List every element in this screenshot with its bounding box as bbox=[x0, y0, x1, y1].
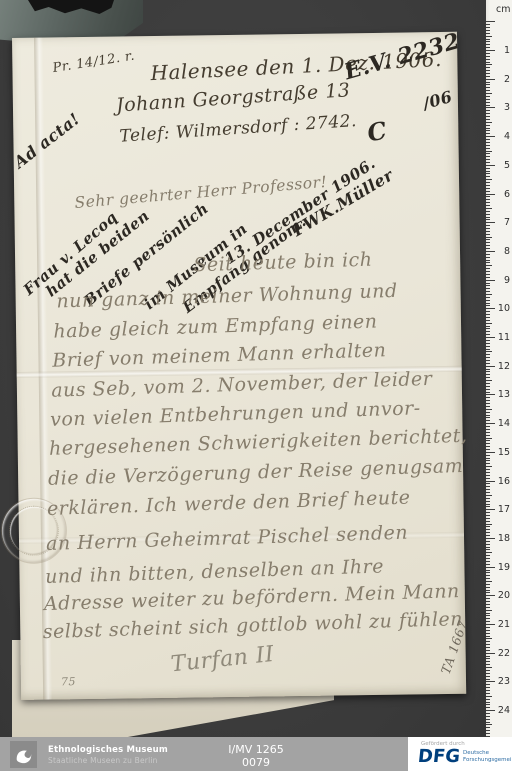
ruler-tick bbox=[486, 105, 490, 106]
ruler-tick bbox=[486, 67, 490, 68]
museum-logo-glyph bbox=[10, 741, 37, 768]
ruler-tick bbox=[486, 305, 490, 306]
body-line: hergesehenen Schwierigkeiten berichtet, bbox=[49, 425, 468, 460]
ruler-tick bbox=[486, 196, 490, 197]
ruler-tick bbox=[486, 62, 490, 63]
ruler-tick bbox=[486, 374, 490, 375]
ruler-tick bbox=[486, 449, 490, 450]
ruler-tick bbox=[486, 443, 490, 444]
ruler-tick bbox=[486, 260, 490, 261]
ruler-tick bbox=[486, 283, 490, 284]
ruler-tick bbox=[486, 716, 490, 717]
ruler-tick bbox=[486, 529, 490, 530]
ruler-tick bbox=[486, 96, 490, 97]
ruler-tick bbox=[486, 145, 490, 146]
body-line: nun ganz in meiner Wohnung und bbox=[56, 280, 398, 313]
ruler-tick bbox=[486, 699, 490, 700]
ruler-tick bbox=[486, 661, 490, 662]
ruler-tick bbox=[486, 64, 492, 65]
ruler-tick bbox=[486, 194, 495, 195]
ruler-tick bbox=[486, 44, 490, 45]
ruler-tick bbox=[486, 21, 495, 22]
body-line: die die Verzögerung der Reise genugsam bbox=[48, 455, 464, 490]
ruler-tick bbox=[486, 426, 490, 427]
ruler-tick bbox=[486, 33, 490, 34]
ruler-tick bbox=[486, 664, 490, 665]
ruler-tick bbox=[486, 607, 490, 608]
footer-bar: Ethnologisches Museum Staatliche Museen … bbox=[0, 737, 512, 771]
ruler-tick bbox=[486, 389, 490, 390]
ruler-number: 11 bbox=[496, 332, 510, 343]
ruler-tick bbox=[486, 202, 490, 203]
body-line: an Herrn Geheimrat Pischel senden bbox=[46, 522, 409, 555]
ruler-tick bbox=[486, 667, 492, 668]
ruler-tick bbox=[486, 492, 490, 493]
ruler-tick bbox=[486, 564, 490, 565]
ruler-tick bbox=[486, 653, 495, 654]
ruler-tick bbox=[486, 641, 490, 642]
sheet-number: 75 bbox=[61, 675, 76, 688]
ruler-tick bbox=[486, 343, 490, 344]
ruler-tick bbox=[486, 460, 490, 461]
ruler-number: 24 bbox=[496, 705, 510, 716]
ruler-tick bbox=[486, 630, 490, 631]
ruler-tick bbox=[486, 84, 490, 85]
ruler-tick bbox=[486, 417, 490, 418]
ruler-tick bbox=[486, 151, 492, 152]
ruler-tick bbox=[486, 231, 490, 232]
ruler-tick bbox=[486, 369, 490, 370]
ruler-tick bbox=[486, 446, 490, 447]
ruler-tick bbox=[486, 521, 490, 522]
ruler-number: 6 bbox=[496, 189, 510, 200]
body-line: aus Seb, vom 2. November, der leider bbox=[51, 368, 433, 402]
ruler-number: 1 bbox=[496, 45, 510, 56]
ruler-tick bbox=[486, 274, 490, 275]
ruler-tick bbox=[486, 696, 492, 697]
ruler-tick bbox=[486, 102, 490, 103]
ruler-tick bbox=[486, 412, 490, 413]
ruler-tick bbox=[486, 148, 490, 149]
ruler-tick bbox=[486, 452, 495, 453]
ruler-tick bbox=[486, 377, 490, 378]
ruler-tick bbox=[486, 547, 490, 548]
ruler-tick bbox=[486, 541, 490, 542]
ruler-tick bbox=[486, 82, 490, 83]
body-line: habe gleich zum Empfang einen bbox=[53, 310, 378, 342]
ruler-tick bbox=[486, 351, 492, 352]
ruler-tick bbox=[486, 349, 490, 350]
ruler-tick bbox=[486, 265, 492, 266]
ruler-unit-label: cm bbox=[496, 4, 510, 15]
ruler-tick bbox=[486, 248, 490, 249]
ruler-tick bbox=[486, 415, 490, 416]
ruler-tick bbox=[486, 475, 490, 476]
ruler-tick bbox=[486, 76, 490, 77]
ruler-tick bbox=[486, 360, 490, 361]
ruler-tick bbox=[486, 624, 495, 625]
ruler-tick bbox=[486, 710, 495, 711]
ruler-tick bbox=[486, 438, 492, 439]
ruler-tick bbox=[486, 334, 490, 335]
ruler-tick bbox=[486, 572, 490, 573]
ruler-tick bbox=[486, 211, 490, 212]
ruler-tick bbox=[486, 590, 490, 591]
ruler-tick bbox=[486, 592, 490, 593]
ruler-tick bbox=[486, 188, 490, 189]
ruler-tick bbox=[486, 90, 490, 91]
ruler-tick bbox=[486, 647, 490, 648]
ruler-tick bbox=[486, 627, 490, 628]
ruler-tick bbox=[486, 687, 490, 688]
ruler-tick bbox=[486, 217, 490, 218]
ruler-tick bbox=[486, 707, 490, 708]
ruler-tick bbox=[486, 331, 490, 332]
ruler-tick bbox=[486, 409, 492, 410]
ruler-tick bbox=[486, 133, 490, 134]
ruler-tick bbox=[486, 199, 490, 200]
museum-name: Ethnologisches Museum bbox=[48, 745, 168, 755]
museum-logo bbox=[10, 741, 37, 768]
ruler-tick bbox=[486, 277, 490, 278]
ruler-tick bbox=[486, 601, 490, 602]
ruler-tick bbox=[486, 472, 490, 473]
ruler-tick bbox=[486, 328, 490, 329]
ruler-tick bbox=[486, 107, 495, 108]
ruler-tick bbox=[486, 532, 490, 533]
ruler-tick bbox=[486, 50, 495, 51]
ruler-tick bbox=[486, 41, 490, 42]
ruler-tick bbox=[486, 722, 490, 723]
ruler-tick bbox=[486, 380, 492, 381]
ruler-tick bbox=[486, 39, 490, 40]
ruler-tick bbox=[486, 478, 490, 479]
ruler-tick bbox=[486, 93, 492, 94]
ruler-tick bbox=[486, 251, 495, 252]
ruler-tick bbox=[486, 509, 495, 510]
ruler-number: 12 bbox=[496, 361, 510, 372]
ruler-tick bbox=[486, 429, 490, 430]
ruler-tick bbox=[486, 567, 495, 568]
ruler-tick bbox=[486, 346, 490, 347]
ruler-tick bbox=[486, 371, 490, 372]
ruler-tick bbox=[486, 168, 490, 169]
ruler-tick bbox=[486, 432, 490, 433]
dfg-org-name: Deutsche Forschungsgemeinschaft bbox=[463, 750, 512, 764]
ruler-tick bbox=[486, 684, 490, 685]
ruler-tick bbox=[486, 110, 490, 111]
ruler-tick bbox=[486, 681, 495, 682]
ruler-tick bbox=[486, 581, 492, 582]
ruler-tick bbox=[486, 142, 490, 143]
ruler-tick bbox=[486, 498, 490, 499]
ruler-tick bbox=[486, 122, 492, 123]
ruler-tick bbox=[486, 73, 490, 74]
ruler-tick bbox=[486, 650, 490, 651]
ruler-tick bbox=[486, 245, 490, 246]
ruler-tick bbox=[486, 463, 490, 464]
ruler-tick bbox=[486, 670, 490, 671]
ruler-tick bbox=[486, 549, 490, 550]
ruler-tick bbox=[486, 658, 490, 659]
ruler-tick bbox=[486, 36, 492, 37]
ruler-tick bbox=[486, 268, 490, 269]
ruler: cm 1234567891011121314151617181920212223… bbox=[486, 0, 512, 741]
ruler-tick bbox=[486, 79, 495, 80]
ruler-tick bbox=[486, 518, 490, 519]
letter-body: Seit heute bin ichnun ganz in meiner Woh… bbox=[6, 28, 472, 704]
ruler-tick bbox=[486, 153, 490, 154]
ruler-tick bbox=[486, 340, 490, 341]
ruler-number: 7 bbox=[496, 217, 510, 228]
ruler-tick bbox=[486, 486, 490, 487]
ruler-tick bbox=[486, 595, 495, 596]
ruler-tick bbox=[486, 242, 490, 243]
ruler-tick bbox=[486, 615, 490, 616]
ruler-tick bbox=[486, 604, 490, 605]
ruler-tick bbox=[486, 638, 492, 639]
ruler-tick bbox=[486, 578, 490, 579]
ruler-tick bbox=[486, 403, 490, 404]
ruler-tick bbox=[486, 208, 492, 209]
ruler-number: 17 bbox=[496, 504, 510, 515]
letter-page: Pr. 14/12. r. Halensee den 1. Dez. 1906.… bbox=[12, 32, 466, 700]
ruler-tick bbox=[486, 59, 490, 60]
ruler-tick bbox=[486, 636, 490, 637]
ruler-tick bbox=[486, 311, 490, 312]
ruler-tick bbox=[486, 317, 490, 318]
ruler-tick bbox=[486, 679, 490, 680]
ruler-tick bbox=[486, 234, 490, 235]
ruler-tick bbox=[486, 308, 495, 309]
ruler-tick bbox=[486, 383, 490, 384]
body-line: erklären. Ich werde den Brief heute bbox=[47, 487, 411, 520]
ruler-tick bbox=[486, 300, 490, 301]
ruler-tick bbox=[486, 469, 490, 470]
ruler-tick bbox=[486, 262, 490, 263]
ruler-tick bbox=[486, 222, 495, 223]
ruler-tick bbox=[486, 326, 490, 327]
ruler-number: 13 bbox=[496, 389, 510, 400]
ruler-tick bbox=[486, 237, 492, 238]
ruler-tick bbox=[486, 294, 492, 295]
ruler-tick bbox=[486, 435, 490, 436]
body-line: Seit heute bin ich bbox=[193, 249, 373, 277]
ruler-tick bbox=[486, 719, 490, 720]
ruler-tick bbox=[486, 128, 490, 129]
ruler-tick bbox=[486, 394, 495, 395]
ruler-tick bbox=[486, 561, 490, 562]
ruler-tick bbox=[486, 288, 490, 289]
ruler-tick bbox=[486, 280, 495, 281]
body-line: Brief von meinem Mann erhalten bbox=[52, 339, 387, 371]
ruler-tick bbox=[486, 130, 490, 131]
ruler-tick bbox=[486, 423, 495, 424]
ruler-number: 19 bbox=[496, 562, 510, 573]
ruler-tick bbox=[486, 400, 490, 401]
ruler-tick bbox=[486, 610, 492, 611]
ruler-tick bbox=[486, 219, 490, 220]
ruler-tick bbox=[486, 291, 490, 292]
ruler-tick bbox=[486, 504, 490, 505]
ruler-tick bbox=[486, 512, 490, 513]
ruler-tick bbox=[486, 30, 490, 31]
ruler-tick bbox=[486, 524, 492, 525]
ruler-tick bbox=[486, 191, 490, 192]
ruler-tick bbox=[486, 727, 490, 728]
ruler-tick bbox=[486, 136, 495, 137]
ruler-tick bbox=[486, 386, 490, 387]
ruler-tick bbox=[486, 56, 490, 57]
ruler-tick bbox=[486, 182, 490, 183]
ruler-tick bbox=[486, 354, 490, 355]
ruler-number: 21 bbox=[496, 619, 510, 630]
ruler-tick bbox=[486, 113, 490, 114]
ruler-tick bbox=[486, 392, 490, 393]
ruler-tick bbox=[486, 205, 490, 206]
ruler-tick bbox=[486, 173, 490, 174]
ruler-tick bbox=[486, 185, 490, 186]
ruler-tick bbox=[486, 673, 490, 674]
ruler-tick bbox=[486, 119, 490, 120]
ruler-tick bbox=[486, 363, 490, 364]
ruler-number: 10 bbox=[496, 303, 510, 314]
ruler-tick bbox=[486, 538, 495, 539]
ruler-tick bbox=[486, 228, 490, 229]
ruler-tick bbox=[486, 420, 490, 421]
ruler-tick bbox=[486, 544, 490, 545]
body-line: von vielen Entbehrungen und unvor- bbox=[50, 397, 421, 431]
ruler-tick bbox=[486, 693, 490, 694]
dfg-logo-box: Gefördert durch DFG Deutsche Forschungsg… bbox=[408, 737, 512, 771]
ruler-tick bbox=[486, 724, 492, 725]
ruler-tick bbox=[486, 676, 490, 677]
ruler-tick bbox=[486, 526, 490, 527]
ruler-tick bbox=[486, 713, 490, 714]
ruler-tick bbox=[486, 552, 492, 553]
ruler-tick bbox=[486, 555, 490, 556]
ruler-tick bbox=[486, 501, 490, 502]
ruler-tick bbox=[486, 257, 490, 258]
ruler-tick bbox=[486, 357, 490, 358]
ruler-tick bbox=[486, 621, 490, 622]
ruler-tick bbox=[486, 440, 490, 441]
ruler-tick bbox=[486, 225, 490, 226]
body-line: selbst scheint sich gottlob wohl zu fühl… bbox=[43, 608, 464, 643]
ruler-tick bbox=[486, 271, 490, 272]
ruler-tick bbox=[486, 116, 490, 117]
ruler-number: 14 bbox=[496, 418, 510, 429]
ruler-tick bbox=[486, 285, 490, 286]
ruler-tick bbox=[486, 598, 490, 599]
inventory-number: I/MV 1265 bbox=[180, 743, 332, 756]
ruler-tick bbox=[486, 297, 490, 298]
ruler-tick bbox=[486, 618, 490, 619]
ruler-tick bbox=[486, 156, 490, 157]
ruler-tick bbox=[486, 406, 490, 407]
ruler-tick bbox=[486, 656, 490, 657]
ruler-number: 20 bbox=[496, 590, 510, 601]
ruler-number: 2 bbox=[496, 74, 510, 85]
ruler-tick bbox=[486, 24, 490, 25]
ruler-tick bbox=[486, 99, 490, 100]
ruler-tick bbox=[486, 644, 490, 645]
ruler-number: 9 bbox=[496, 275, 510, 286]
ruler-tick bbox=[486, 558, 490, 559]
ruler-tick bbox=[486, 575, 490, 576]
scan-page-number: 0079 bbox=[180, 756, 332, 769]
ruler-tick bbox=[486, 702, 490, 703]
ruler-tick bbox=[486, 159, 490, 160]
museum-subtitle: Staatliche Museen zu Berlin bbox=[48, 756, 158, 765]
archive-scan: Pr. 14/12. r. Halensee den 1. Dez. 1906.… bbox=[0, 0, 512, 771]
dfg-logo: DFG bbox=[417, 746, 461, 767]
ruler-tick bbox=[486, 587, 490, 588]
ruler-tick bbox=[486, 633, 490, 634]
ruler-tick bbox=[486, 535, 490, 536]
ruler-tick bbox=[486, 704, 490, 705]
ruler-tick bbox=[486, 506, 490, 507]
ruler-tick bbox=[486, 495, 492, 496]
ruler-tick bbox=[486, 239, 490, 240]
ruler-tick bbox=[486, 27, 490, 28]
ruler-tick bbox=[486, 303, 490, 304]
ruler-tick bbox=[486, 397, 490, 398]
ruler-tick bbox=[486, 337, 495, 338]
ruler-tick bbox=[486, 139, 490, 140]
ruler-tick bbox=[486, 70, 490, 71]
ruler-tick bbox=[486, 165, 495, 166]
ruler-tick bbox=[486, 125, 490, 126]
ruler-number: 18 bbox=[496, 533, 510, 544]
ruler-tick bbox=[486, 466, 492, 467]
ruler-tick bbox=[486, 481, 495, 482]
ruler-number: 22 bbox=[496, 648, 510, 659]
ruler-tick bbox=[486, 455, 490, 456]
ruler-number: 5 bbox=[496, 160, 510, 171]
ruler-tick bbox=[486, 730, 490, 731]
ruler-tick bbox=[486, 489, 490, 490]
ruler-tick bbox=[486, 176, 490, 177]
ruler-number: 8 bbox=[496, 246, 510, 257]
ruler-tick bbox=[486, 314, 490, 315]
ruler-tick bbox=[486, 458, 490, 459]
ruler-tick bbox=[486, 320, 490, 321]
ruler-tick bbox=[486, 214, 490, 215]
ruler-tick bbox=[486, 179, 492, 180]
ruler-tick bbox=[486, 613, 490, 614]
ruler-number: 16 bbox=[496, 476, 510, 487]
ruler-tick bbox=[486, 483, 490, 484]
ruler-tick bbox=[486, 584, 490, 585]
ruler-tick bbox=[486, 53, 490, 54]
ruler-tick bbox=[486, 733, 490, 734]
ruler-tick bbox=[486, 47, 490, 48]
ruler-tick bbox=[486, 570, 490, 571]
ruler-number: 23 bbox=[496, 676, 510, 687]
ruler-tick bbox=[486, 366, 495, 367]
ruler-tick bbox=[486, 515, 490, 516]
ruler-tick bbox=[486, 162, 490, 163]
ruler-tick bbox=[486, 171, 490, 172]
ruler-tick bbox=[486, 690, 490, 691]
ruler-number: 3 bbox=[496, 102, 510, 113]
ruler-tick bbox=[486, 87, 490, 88]
ruler-tick bbox=[486, 254, 490, 255]
ruler-number: 15 bbox=[496, 447, 510, 458]
ruler-number: 4 bbox=[496, 131, 510, 142]
ruler-tick bbox=[486, 323, 492, 324]
